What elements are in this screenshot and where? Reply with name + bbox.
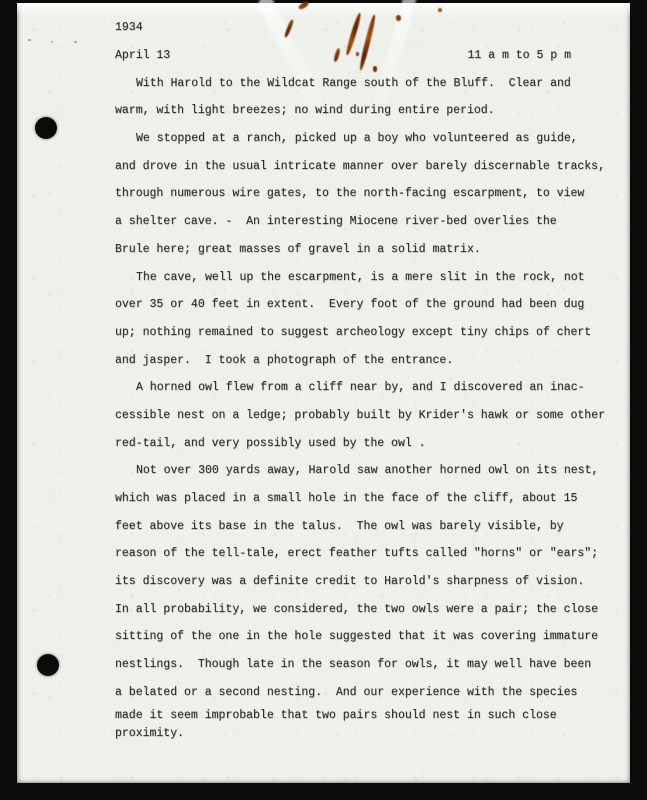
pencil-speck [74,41,77,43]
journal-page: 1934 April 13 11 a m to 5 p m With Harol… [17,3,630,783]
document-line: red-tail, and very possibly used by the … [115,429,615,457]
entry-header: April 13 11 a m to 5 p m [115,42,615,70]
document-line: The cave, well up the escarpment, is a m… [115,263,615,291]
document-line: Not over 300 yards away, Harold saw anot… [115,457,615,485]
document-line: proximity. [115,724,615,742]
hole-punch-bottom [37,654,59,676]
document-line: We stopped at a ranch, picked up a boy w… [115,125,615,153]
year-label: 1934 [115,21,143,34]
document-line: a belated or a second nesting. And our e… [115,679,615,707]
document-line: over 35 or 40 feet in extent. Every foot… [115,291,615,319]
document-line: Brule here; great masses of gravel in a … [115,236,615,264]
document-line: warm, with light breezes; no wind during… [115,97,615,125]
entry-time-range: 11 a m to 5 p m [467,49,571,62]
document-line: and drove in the usual intricate manner … [115,152,615,180]
document-line: In all probability, we considered, the t… [115,595,615,623]
document-line: feet above its base in the talus. The ow… [115,512,615,540]
document-line: its discovery was a definite credit to H… [115,568,615,596]
document-line: cessible nest on a ledge; probably built… [115,402,615,430]
document-line: reason of the tell-tale, erect feather t… [115,540,615,568]
hole-punch-top [35,117,57,139]
rust-stain [298,0,310,10]
document-line: a shelter cave. - An interesting Miocene… [115,208,615,236]
document-line: made it seem improbable that two pairs s… [115,706,615,724]
entry-date: April 13 [115,49,170,62]
document-line: which was placed in a small hole in the … [115,485,615,513]
rust-stain [438,8,442,12]
document-line: up; nothing remained to suggest archeolo… [115,319,615,347]
document-line: through numerous wire gates, to the nort… [115,180,615,208]
pencil-speck [28,39,31,41]
document-line: sitting of the one in the hole suggested… [115,623,615,651]
typewritten-text: 1934 April 13 11 a m to 5 p m With Harol… [115,14,615,742]
document-line: and jasper. I took a photograph of the e… [115,346,615,374]
document-body: With Harold to the Wildcat Range south o… [115,69,615,742]
scan-background: 1934 April 13 11 a m to 5 p m With Harol… [0,0,647,800]
page-year: 1934 [115,14,615,42]
document-line: With Harold to the Wildcat Range south o… [115,69,615,97]
document-line: A horned owl flew from a cliff near by, … [115,374,615,402]
pencil-speck [51,41,53,43]
document-line: nestlings. Though late in the season for… [115,651,615,679]
